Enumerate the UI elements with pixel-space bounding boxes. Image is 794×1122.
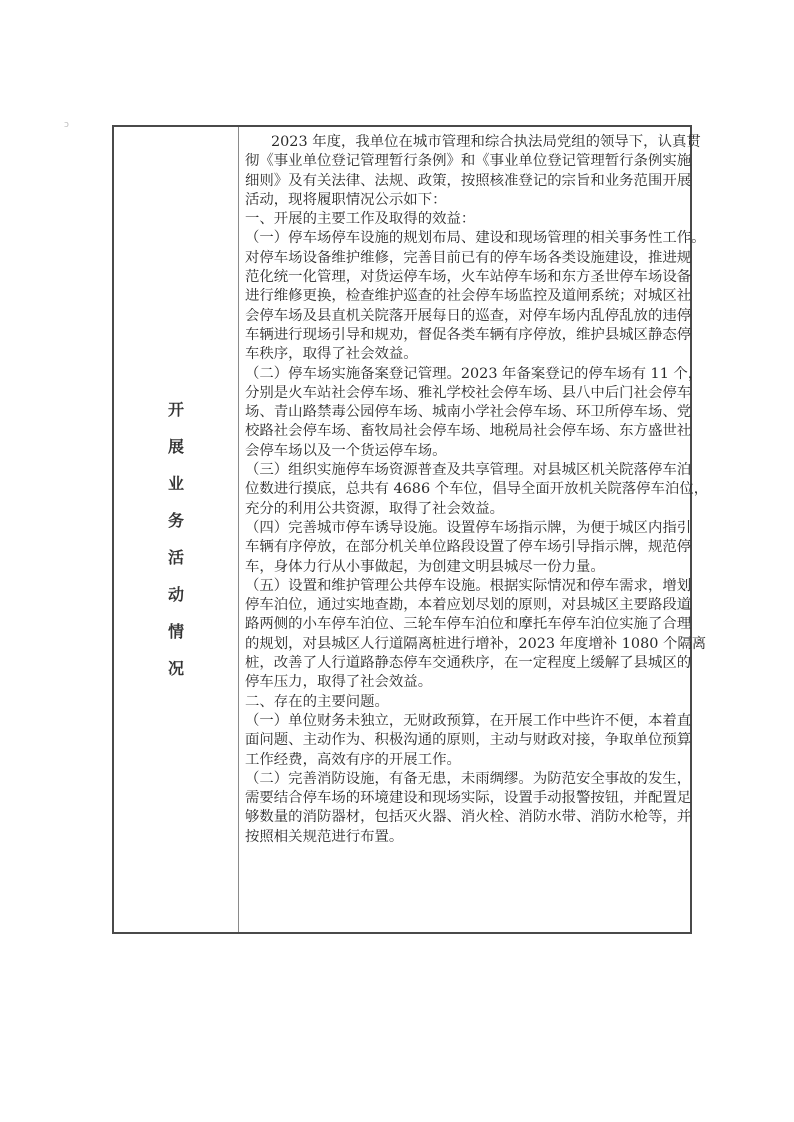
- text-line: 对停车场设备维护维修，完善目前已有的停车场各类设施建设，推进规: [245, 249, 690, 268]
- text-line: 桩，改善了人行道路静态停车交通秩序，在一定程度上缓解了县城区的: [245, 654, 690, 673]
- text-line: 进行维修更换，检查维护巡查的社会停车场监控及道闸系统；对城区社: [245, 287, 690, 306]
- row-label-vertical: 开展业务活动情况: [164, 402, 188, 698]
- row-label-cell: 开展业务活动情况: [114, 127, 238, 932]
- text-line: 车秩序，取得了社会效益。: [245, 345, 690, 364]
- text-line: 需要结合停车场的环境建设和现场实际，设置手动报警按钮，并配置足: [245, 789, 690, 808]
- text-line: （二）停车场实施备案登记管理。2023 年备案登记的停车场有 11 个，: [245, 365, 690, 384]
- text-line: 二、存在的主要问题。: [245, 693, 690, 712]
- text-line: （三）组织实施停车场资源普查及共享管理。对县城区机关院落停车泊: [245, 461, 690, 480]
- text-line: 按照相关规范进行布置。: [245, 828, 690, 847]
- text-line: 一、开展的主要工作及取得的效益：: [245, 210, 690, 229]
- text-line: 停车泊位，通过实地查勘，本着应划尽划的原则，对县城区主要路段道: [245, 596, 690, 615]
- text-line: （二）完善消防设施，有备无患，未雨绸缪。为防范安全事故的发生，: [245, 770, 690, 789]
- row-label-char: 活: [168, 550, 184, 587]
- row-label-char: 务: [168, 513, 184, 550]
- text-line: 充分的利用公共资源，取得了社会效益。: [245, 500, 690, 519]
- column-divider: [238, 127, 239, 932]
- activity-content-cell: 2023 年度，我单位在城市管理和综合执法局党组的领导下，认真贯彻《事业单位登记…: [245, 133, 690, 847]
- text-line: 彻《事业单位登记管理暂行条例》和《事业单位登记管理暂行条例实施: [245, 152, 690, 171]
- text-line: （四）完善城市停车诱导设施。设置停车场指示牌，为便于城区内指引: [245, 519, 690, 538]
- report-table: 开展业务活动情况 2023 年度，我单位在城市管理和综合执法局党组的领导下，认真…: [112, 125, 692, 934]
- row-label-char: 开: [168, 402, 184, 439]
- row-label-char: 业: [168, 476, 184, 513]
- text-line: （五）设置和维护管理公共停车设施。根据实际情况和停车需求，增划: [245, 577, 690, 596]
- text-line: （一）单位财务未独立，无财政预算，在开展工作中些许不便，本着直: [245, 712, 690, 731]
- text-line: 够数量的消防器材，包括灭火器、消火栓、消防水带、消防水枪等，并: [245, 808, 690, 827]
- text-line: 范化统一化管理，对货运停车场，火车站停车场和东方圣世停车场设备: [245, 268, 690, 287]
- text-line: 车辆进行现场引导和规劝，督促各类车辆有序停放，维护县城区静态停: [245, 326, 690, 345]
- text-line: 会停车场以及一个货运停车场。: [245, 442, 690, 461]
- row-label-char: 况: [168, 661, 184, 698]
- text-line: 校路社会停车场、畜牧局社会停车场、地税局社会停车场、东方盛世社: [245, 422, 690, 441]
- row-label-char: 展: [168, 439, 184, 476]
- text-line: 分别是火车站社会停车场、雅礼学校社会停车场、县八中后门社会停车: [245, 384, 690, 403]
- text-line: （一）停车场停车设施的规划布局、建设和现场管理的相关事务性工作。: [245, 229, 690, 248]
- text-line: 工作经费，高效有序的开展工作。: [245, 751, 690, 770]
- document-page: ɔ 开展业务活动情况 2023 年度，我单位在城市管理和综合执法局党组的领导下，…: [0, 0, 794, 1122]
- text-line: 场、青山路禁毒公园停车场、城南小学社会停车场、环卫所停车场、党: [245, 403, 690, 422]
- text-line: 车辆有序停放，在部分机关单位路段设置了停车场引导指示牌，规范停: [245, 538, 690, 557]
- scan-mark: ɔ: [64, 120, 69, 130]
- text-line: 的规划，对县城区人行道隔离桩进行增补，2023 年度增补 1080 个隔离: [245, 635, 690, 654]
- text-line: 细则》及有关法律、法规、政策，按照核准登记的宗旨和业务范围开展: [245, 172, 690, 191]
- text-line: 车，身体力行从小事做起，为创建文明县城尽一份力量。: [245, 558, 690, 577]
- text-line: 停车压力，取得了社会效益。: [245, 673, 690, 692]
- text-line: 面问题、主动作为、积极沟通的原则，主动与财政对接，争取单位预算: [245, 731, 690, 750]
- row-label-char: 动: [168, 587, 184, 624]
- text-line: 路两侧的小车停车泊位、三轮车停车泊位和摩托车停车泊位实施了合理: [245, 615, 690, 634]
- text-line: 位数进行摸底，总共有 4686 个车位，倡导全面开放机关院落停车泊位，: [245, 480, 690, 499]
- text-line: 会停车场及县直机关院落开展每日的巡查，对停车场内乱停乱放的违停: [245, 307, 690, 326]
- text-line: 2023 年度，我单位在城市管理和综合执法局党组的领导下，认真贯: [245, 133, 690, 152]
- row-label-char: 情: [168, 624, 184, 661]
- text-line: 活动，现将履职情况公示如下：: [245, 191, 690, 210]
